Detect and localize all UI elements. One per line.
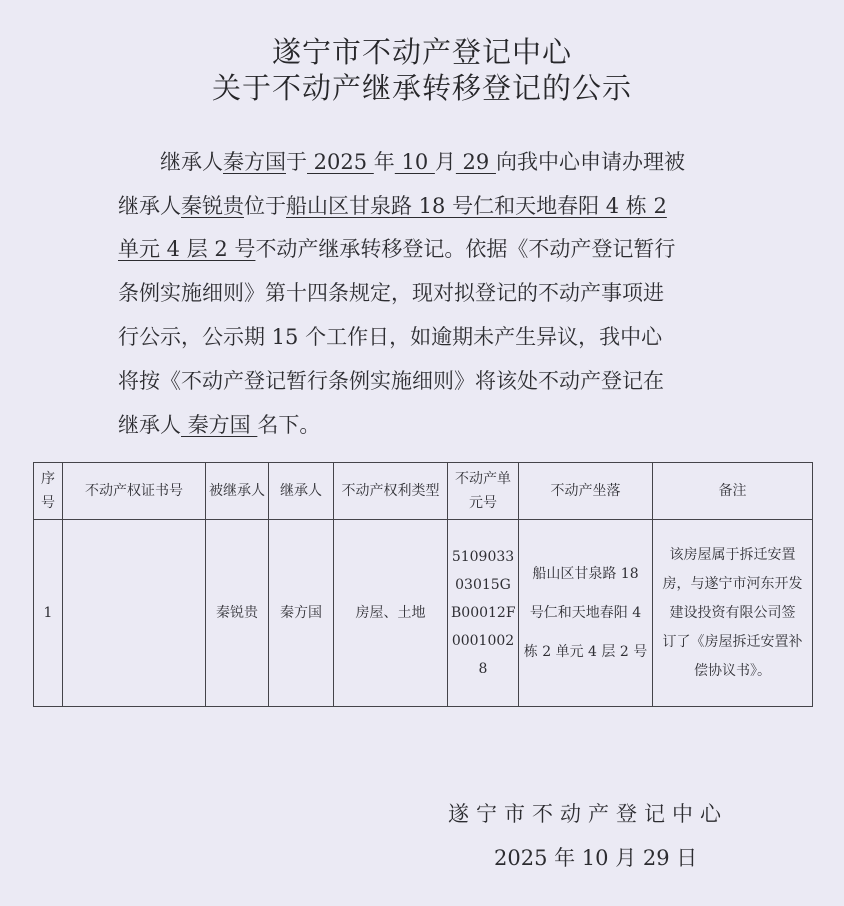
header-location: 不动产坐落 <box>519 463 653 520</box>
header-text: 号 <box>37 491 59 515</box>
property-address-part2: 单元 4 层 2 号 <box>118 237 255 261</box>
remarks-line: 偿协议书》。 <box>656 657 809 686</box>
location-line: 船山区甘泉路 18 <box>522 555 649 594</box>
unit-no-line: 5109033 <box>451 543 515 571</box>
header-text: 元号 <box>451 491 515 515</box>
header-unit-no: 不动产单 元号 <box>448 463 519 520</box>
text-fragment: 向我中心申请办理被 <box>496 150 685 174</box>
cell-seq: 1 <box>34 520 63 707</box>
text-fragment: 位于 <box>244 194 286 218</box>
body-line-4: 条例实施细则》第十四条规定，现对拟登记的不动产事项进 <box>118 278 664 308</box>
body-line-5: 行公示，公示期 15 个工作日，如逾期未产生异议，我中心 <box>118 322 662 352</box>
cell-right-type: 房屋、土地 <box>334 520 448 707</box>
unit-no-line: B00012F <box>451 599 515 627</box>
remarks-line: 该房屋属于拆迁安置 <box>656 541 809 570</box>
application-month: 10 <box>395 150 435 174</box>
heir-label: 继承人 <box>160 150 223 174</box>
cell-location: 船山区甘泉路 18 号仁和天地春阳 4 栋 2 单元 4 层 2 号 <box>519 520 653 707</box>
remarks-line: 建设投资有限公司签 <box>656 599 809 628</box>
heir-name: 秦方国 <box>181 413 257 437</box>
location-line: 号仁和天地春阳 4 <box>522 594 649 633</box>
property-address-part1: 船山区甘泉路 18 号仁和天地春阳 4 栋 2 <box>286 194 667 218</box>
heir-name: 秦方国 <box>223 150 286 174</box>
header-remarks: 备注 <box>653 463 813 520</box>
document-title-line1: 遂宁市不动产登记中心 <box>0 34 844 70</box>
header-heir: 继承人 <box>269 463 334 520</box>
remarks-line: 房，与遂宁市河东开发 <box>656 570 809 599</box>
text-fragment: 月 <box>435 150 456 174</box>
application-year: 2025 <box>307 150 374 174</box>
cell-decedent: 秦锐贵 <box>206 520 269 707</box>
cell-unit-no: 5109033 03015G B00012F 0001002 8 <box>448 520 519 707</box>
header-seq: 序 号 <box>34 463 63 520</box>
header-text: 不动产单 <box>451 467 515 491</box>
table-header-row: 序 号 不动产权证书号 被继承人 继承人 不动产权利类型 不动产单 元号 不动产… <box>34 463 813 520</box>
location-line: 栋 2 单元 4 层 2 号 <box>522 633 649 672</box>
table-row: 1 秦锐贵 秦方国 房屋、土地 5109033 03015G B00012F 0… <box>34 520 813 707</box>
body-line-1: 继承人秦方国于 2025 年 10 月 29 向我中心申请办理被 <box>160 147 685 177</box>
signature-org: 遂宁市不动产登记中心 <box>448 798 728 828</box>
body-line-3: 单元 4 层 2 号不动产继承转移登记。依据《不动产登记暂行 <box>118 234 675 264</box>
decedent-name: 秦锐贵 <box>181 194 244 218</box>
header-text: 序 <box>37 467 59 491</box>
body-line-7: 继承人 秦方国 名下。 <box>118 410 320 440</box>
body-line-2: 继承人秦锐贵位于船山区甘泉路 18 号仁和天地春阳 4 栋 2 <box>118 191 667 221</box>
heir-label: 继承人 <box>118 413 181 437</box>
header-right-type: 不动产权利类型 <box>334 463 448 520</box>
decedent-label: 继承人 <box>118 194 181 218</box>
application-day: 29 <box>456 150 496 174</box>
unit-no-line: 03015G <box>451 571 515 599</box>
text-fragment: 不动产继承转移登记。依据《不动产登记暂行 <box>255 237 675 261</box>
cell-cert-no <box>63 520 206 707</box>
body-line-6: 将按《不动产登记暂行条例实施细则》将该处不动产登记在 <box>118 366 664 396</box>
document-title-line2: 关于不动产继承转移登记的公示 <box>0 70 844 106</box>
unit-no-line: 0001002 <box>451 627 515 655</box>
cell-heir: 秦方国 <box>269 520 334 707</box>
text-fragment: 年 <box>374 150 395 174</box>
header-decedent: 被继承人 <box>206 463 269 520</box>
unit-no-line: 8 <box>451 655 515 683</box>
signature-date: 2025 年 10 月 29 日 <box>494 842 697 872</box>
remarks-line: 订了《房屋拆迁安置补 <box>656 628 809 657</box>
property-table: 序 号 不动产权证书号 被继承人 继承人 不动产权利类型 不动产单 元号 不动产… <box>33 462 813 707</box>
cell-remarks: 该房屋属于拆迁安置 房，与遂宁市河东开发 建设投资有限公司签 订了《房屋拆迁安置… <box>653 520 813 707</box>
text-fragment: 于 <box>286 150 307 174</box>
header-cert-no: 不动产权证书号 <box>63 463 206 520</box>
text-fragment: 名下。 <box>257 413 320 437</box>
